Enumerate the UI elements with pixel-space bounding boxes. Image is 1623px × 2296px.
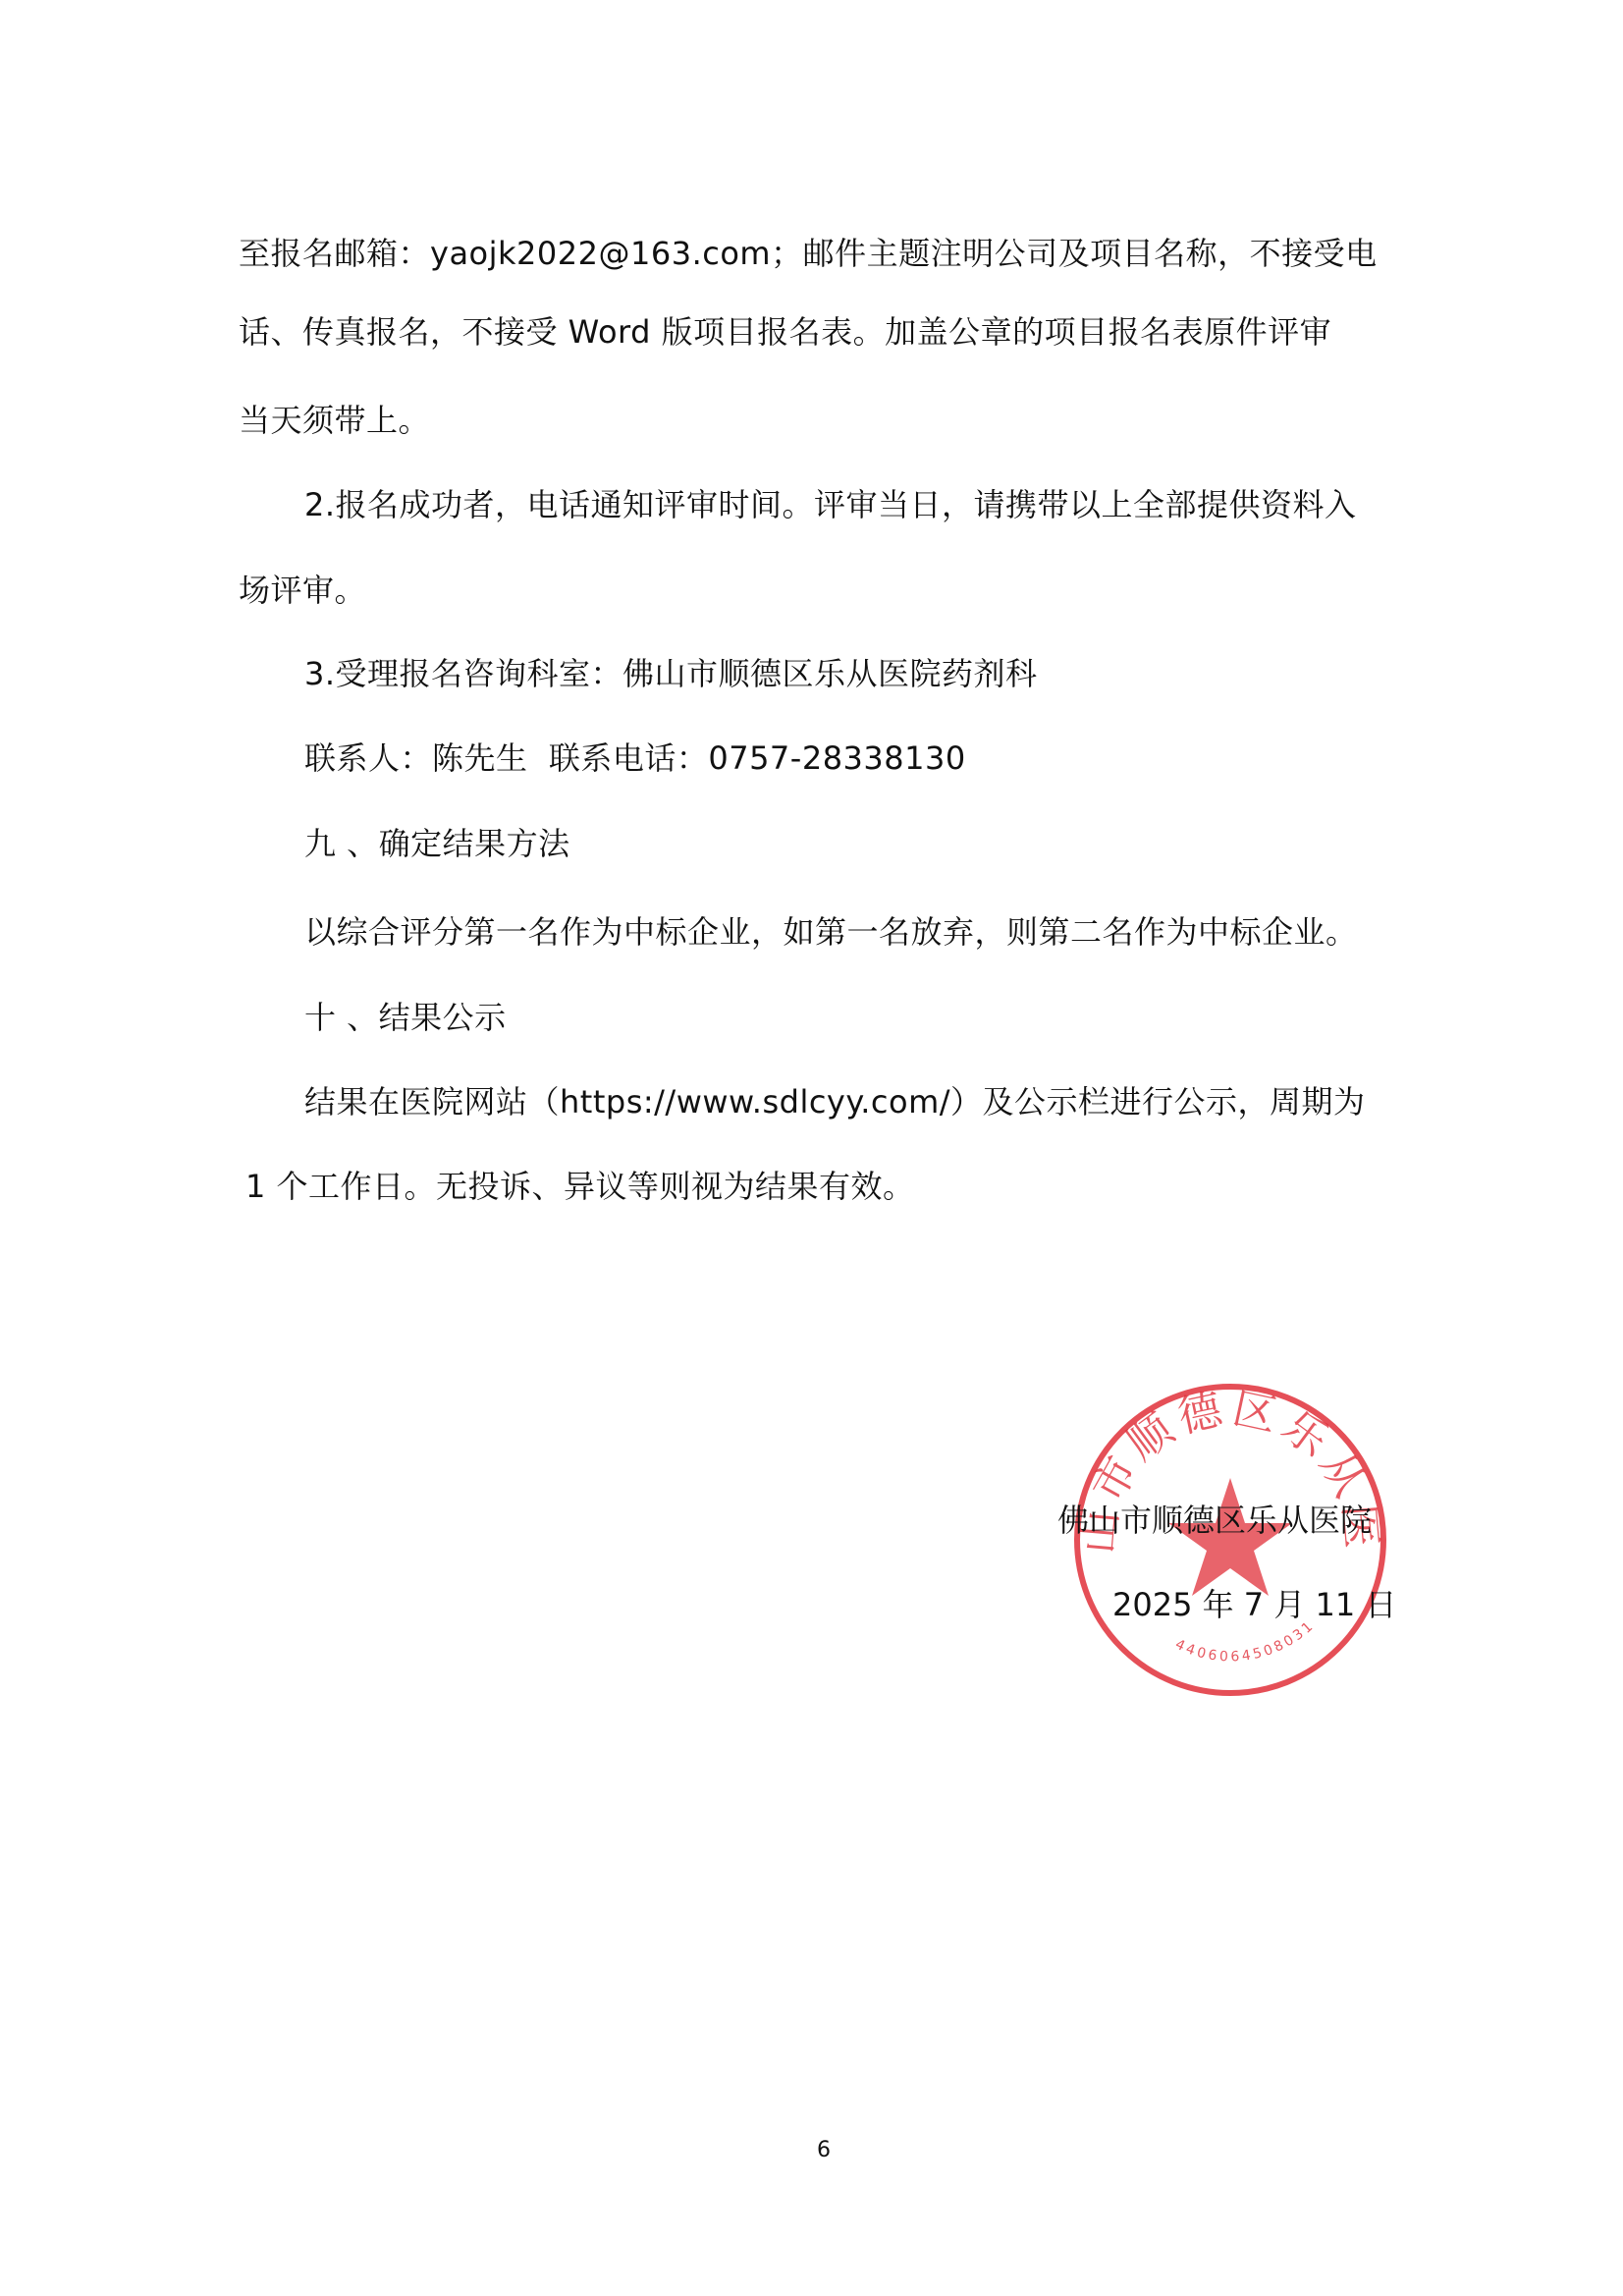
paragraph-line: 场评审。 <box>239 571 366 610</box>
paragraph-line: 当天须带上。 <box>239 401 430 440</box>
signature-date: 2025 年 7 月 11 日 <box>1112 1585 1396 1624</box>
paragraph-line: 话、传真报名，不接受 Word 版项目报名表。加盖公章的项目报名表原件评审 <box>239 312 1331 352</box>
paragraph-line: 2.报名成功者，电话通知评审时间。评审当日，请携带以上全部提供资料入 <box>304 485 1357 524</box>
paragraph-line: 3.受理报名咨询科室：佛山市顺德区乐从医院药剂科 <box>304 654 1038 693</box>
page-number: 6 <box>817 2137 831 2164</box>
paragraph-line: 1 个工作日。无投诉、异议等则视为结果有效。 <box>245 1167 915 1206</box>
svg-text:4406064508031: 4406064508031 <box>1172 1617 1318 1666</box>
paragraph-line: 以综合评分第一名作为中标企业，如第一名放弃，则第二名作为中标企业。 <box>304 912 1358 952</box>
paragraph-line: 至报名邮箱：yaojk2022@163.com；邮件主题注明公司及项目名称，不接… <box>239 234 1378 273</box>
signature-organization: 佛山市顺德区乐从医院 <box>1057 1501 1372 1540</box>
official-seal-icon: 佛山市顺德区乐从医院 4406064508031 <box>1070 1380 1390 1700</box>
paragraph-line: 结果在医院网站（https://www.sdlcyy.com/）及公示栏进行公示… <box>304 1082 1366 1121</box>
contact-line: 联系人：陈先生 联系电话：0757-28338130 <box>304 738 966 778</box>
section-heading: 九 、确定结果方法 <box>304 824 570 863</box>
section-heading: 十 、结果公示 <box>304 998 507 1037</box>
